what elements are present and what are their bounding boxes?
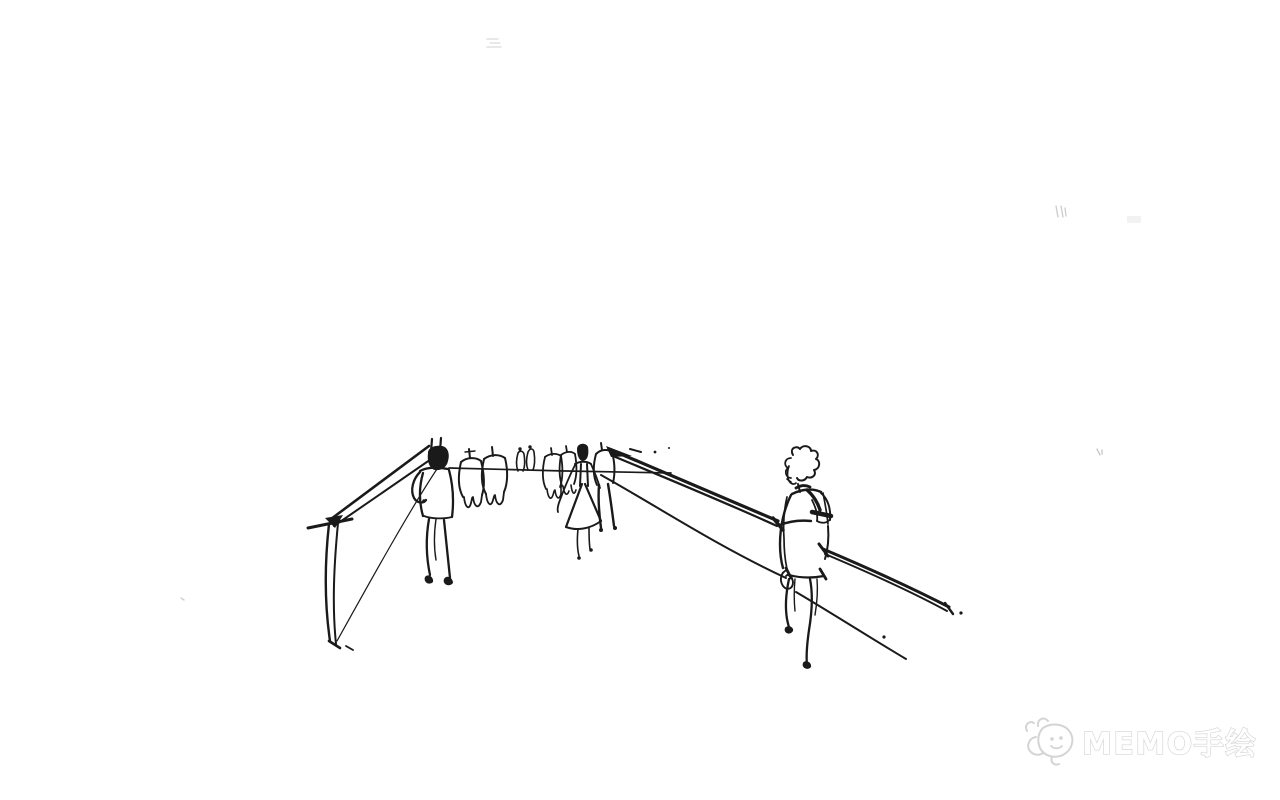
- scan-smudge-right: [1056, 206, 1066, 217]
- ink-dot-a: [654, 451, 657, 454]
- pairB-fig1-left: [543, 457, 546, 489]
- tiny-fig1-body: [517, 451, 525, 471]
- right-railing-far-upper: [823, 549, 949, 607]
- skirt-fig-leg-right: [589, 527, 590, 549]
- wm-small-bubble: [1028, 737, 1043, 755]
- bigfig-leg-left-inner: [794, 579, 795, 611]
- walker1-body-right: [449, 470, 453, 517]
- ground-dot: [882, 635, 885, 638]
- wm-smile: [1051, 746, 1062, 748]
- ink-sketch-canvas: MEMO手绘: [0, 0, 1280, 800]
- skirt-fig-foot-right: [589, 548, 593, 552]
- wm-eye-right: [1059, 736, 1063, 740]
- scan-speck-left: [181, 598, 184, 600]
- walker1-leg-left: [427, 519, 430, 575]
- wm-eye-left: [1050, 737, 1054, 741]
- left-post-right-edge: [334, 523, 338, 644]
- skirt-left-edge: [566, 484, 582, 527]
- left-railing-lower: [334, 455, 437, 526]
- bigfig-bag-band: [812, 512, 831, 516]
- walker1-waist: [424, 516, 452, 518]
- pairA-fig2-legs: [486, 492, 504, 504]
- right-railing-far-inner: [825, 554, 947, 611]
- walker1-foot-left: [425, 575, 434, 583]
- pairA-fig1-head-bar: [465, 451, 475, 452]
- skirt-fig-head: [577, 444, 588, 461]
- left-post-left-edge: [326, 524, 330, 641]
- right-railing-end-dot: [959, 611, 962, 614]
- wm-face-bubble: [1038, 725, 1072, 757]
- bigfig-foot-right: [803, 661, 811, 669]
- pairB-fig2-shoulders: [561, 452, 575, 455]
- bigfig-leg-right-inner: [815, 579, 817, 615]
- walker1-head: [428, 446, 449, 470]
- skirt-fig-foot-left: [577, 556, 581, 560]
- rightcrowd-fig-left: [594, 454, 597, 485]
- right-railing-inner: [613, 456, 777, 526]
- skirt-fig-shoulders: [575, 462, 591, 464]
- bigfig-bag-strap: [807, 490, 820, 510]
- right-railing-upper: [609, 449, 778, 521]
- wm-tail: [1051, 757, 1059, 765]
- rightcrowd-fig-foot-left: [599, 528, 603, 532]
- bigfig-hair: [792, 446, 819, 480]
- pairA-fig2-right: [504, 458, 507, 492]
- right-railing-start-dash: [630, 449, 641, 452]
- ink-dot-b: [668, 447, 670, 449]
- pairB-fig2-right: [574, 454, 576, 484]
- wm-ear-left: [1026, 722, 1034, 731]
- watermark-text: MEMO手绘: [1082, 727, 1257, 762]
- pairA-fig1-head-tick: [469, 449, 470, 458]
- left-post-foot-tick: [346, 646, 353, 650]
- right-railing-end-tick: [945, 603, 953, 614]
- scan-smudge-top: [487, 39, 501, 47]
- watermark: MEMO手绘: [1026, 719, 1257, 765]
- bigfig-leg-right: [807, 579, 812, 665]
- rightcrowd-fig-head-tick: [601, 443, 602, 450]
- rightcrowd-fig-foot-right: [613, 526, 617, 530]
- walker1-foot-right: [444, 577, 453, 586]
- ink-strokes: [181, 39, 1141, 669]
- walker1-leg-right: [444, 520, 450, 578]
- wechat-mascot-logo-icon: [1026, 719, 1072, 765]
- skirt-fig-leg-left: [577, 529, 579, 556]
- skirt-fig-torso: [580, 464, 588, 486]
- perspective-guide-line: [337, 466, 439, 641]
- pairA-fig1-left: [459, 462, 463, 497]
- skirt-hem: [566, 521, 601, 529]
- tiny-fig2-body: [527, 449, 535, 470]
- bigfig-foot-left: [785, 626, 793, 633]
- pairB-fig1-legs: [547, 487, 561, 498]
- bigfig-leg-left: [786, 579, 790, 630]
- rightcrowd-fig-leg-right: [608, 484, 614, 526]
- pairB-fig2-head-tick: [566, 446, 567, 452]
- bigfig-collar: [796, 486, 810, 488]
- tiny-fig2-head-dot: [528, 445, 531, 448]
- wm-ear-right: [1038, 719, 1048, 726]
- pairA-fig1-shoulders: [461, 458, 481, 462]
- sketch-page: MEMO手绘: [0, 0, 1280, 800]
- walker1-leg-inner: [435, 519, 437, 560]
- scan-speck-mid-right: [1097, 449, 1102, 455]
- pairA-fig2-shoulders: [484, 455, 505, 459]
- bigfig-waist-belt: [780, 521, 811, 525]
- walker1-hand-dot: [422, 499, 426, 503]
- scan-smudge-box: [1127, 216, 1141, 223]
- bigfig-shorts-hem: [789, 575, 824, 577]
- left-post-foot: [329, 641, 340, 648]
- pairB-fig1-shoulders: [545, 454, 561, 457]
- bigfig-face: [788, 466, 797, 484]
- pairA-fig1-legs: [464, 495, 482, 507]
- tiny-fig1-head-dot: [518, 447, 521, 450]
